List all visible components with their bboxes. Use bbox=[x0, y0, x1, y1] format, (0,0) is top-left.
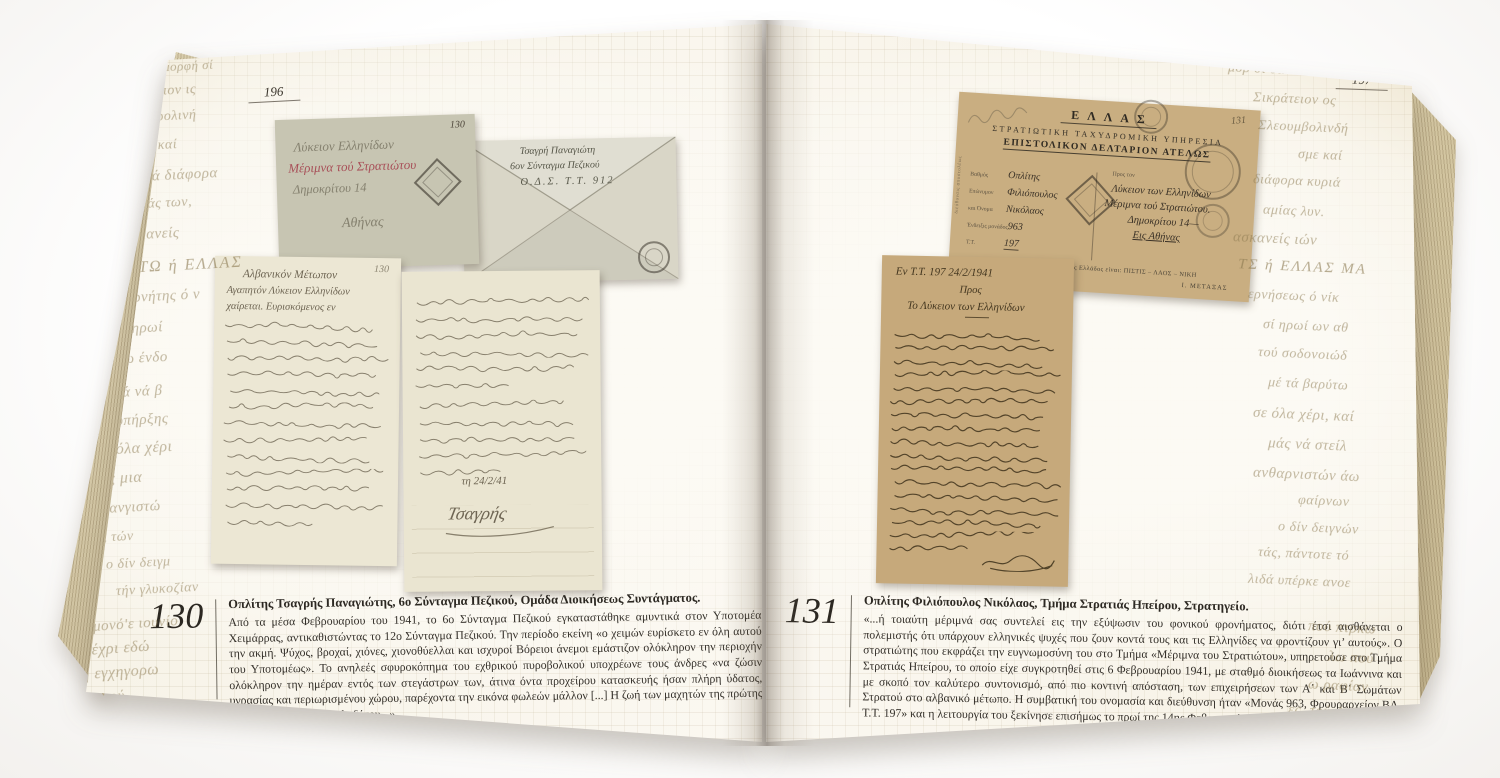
postcard-to-label: Προς τον bbox=[1112, 171, 1135, 178]
ghost-handwriting: σθηταή κυρί bbox=[1298, 728, 1376, 749]
postcard-form-value: 197 bbox=[1003, 238, 1019, 251]
letter3-recipient-line: Το Λύκειον των Ελληνίδων bbox=[907, 300, 1025, 314]
page-number-right: 197 bbox=[1336, 71, 1388, 91]
caption-131-rule bbox=[849, 595, 852, 707]
postcard-form-label: και Όνομα bbox=[968, 201, 1007, 217]
ghost-handwriting: ασκανείς ιών bbox=[1233, 229, 1318, 250]
ghost-handwriting: σμε καί bbox=[1298, 147, 1343, 165]
postcard-form-value: 963 bbox=[1007, 221, 1023, 233]
ghost-handwriting: ω ραφίαν bbox=[1308, 676, 1369, 696]
ghost-handwriting: ες, τού Λυπίν bbox=[1288, 702, 1372, 723]
postcard-form-value: Οπλίτης bbox=[1008, 170, 1041, 183]
ghost-handwriting: φαίρνων bbox=[1298, 493, 1350, 511]
letter3-underline bbox=[965, 317, 989, 318]
postcard-edge-print: διεύθυνσις αποστολέως bbox=[955, 156, 964, 214]
letter3-to-line: Προς bbox=[959, 285, 981, 296]
ghost-handwriting: αμίας λυν. bbox=[1263, 203, 1325, 222]
postcard-postmark-top bbox=[1133, 99, 1169, 135]
postcard-motto-signature: Ι. ΜΕΤΑΞΑΣ bbox=[1181, 282, 1227, 292]
postcard-form-label: Τ.Τ. bbox=[965, 235, 1004, 251]
reply-letter: Εν Τ.Τ. 197 24/2/1941 Προς Το Λύκειον τω… bbox=[876, 255, 1074, 587]
letter3-date-line: Εν Τ.Τ. 197 24/2/1941 bbox=[896, 265, 993, 279]
handwriting-line bbox=[888, 542, 969, 562]
ghost-handwriting: λω πού bbox=[1328, 649, 1375, 668]
postcard-form-value: Νικόλαος bbox=[1006, 204, 1045, 217]
postcard-form-label: Επώνυμον bbox=[969, 185, 1008, 201]
postcard-form-label: Βαθμός bbox=[970, 168, 1009, 184]
book-photo: 196 Τσαγρή Παναγιώτη 6ον Σύνταγμα Πεζικο… bbox=[0, 0, 1500, 778]
right-page-wrap: 197 131 ΕΛΛΑΣ ΣΤΡΑΤΙΩΤΙΚΗ ΤΑΧΥΔΡΟΜΙΚΗ ΥΠ… bbox=[0, 0, 1500, 778]
letter3-signature-flourish bbox=[980, 553, 1056, 572]
postcard-form-value: Φιλιόπουλος bbox=[1007, 187, 1058, 201]
postcard-form-label: Ένδειξις μονάδος bbox=[967, 218, 1009, 235]
right-page: 197 131 ΕΛΛΑΣ ΣΤΡΑΤΙΩΤΙΚΗ ΤΑΧΥΔΡΟΜΙΚΗ ΥΠ… bbox=[0, 0, 1500, 778]
ghost-handwriting: μορ σί θανν. bbox=[1228, 60, 1303, 79]
ghost-handwriting: πού πτρκω bbox=[1308, 618, 1377, 639]
ghost-handwriting: μάς νά στείλ bbox=[1268, 435, 1348, 455]
ghost-handwriting: μέ τά βαρύτω bbox=[1268, 375, 1349, 394]
postcard-sender-form: ΒαθμόςΟπλίτηςΕπώνυμονΦιλιόπουλοςκαι Όνομ… bbox=[965, 165, 1092, 257]
caption-131-number: 131 bbox=[782, 592, 839, 629]
